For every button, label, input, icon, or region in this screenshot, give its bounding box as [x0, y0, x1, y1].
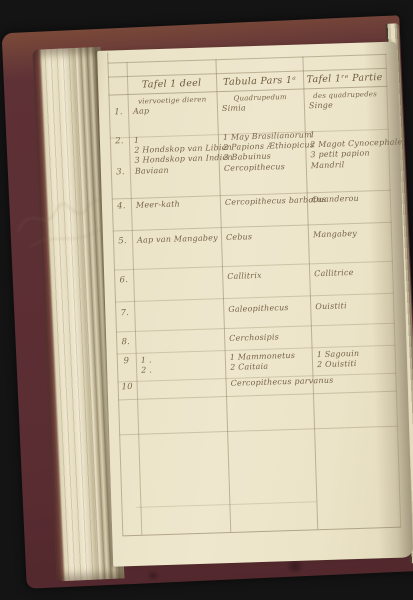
- cell-latin: Simia: [217, 101, 304, 114]
- cell-dutch: [133, 272, 222, 275]
- rule-line-vertical: [215, 59, 231, 532]
- cell-dutch: Meer-kath: [131, 198, 220, 211]
- table-row: 5.Aap van MangabeyCebusMangabey: [113, 228, 392, 247]
- rule-line-horizontal: [122, 527, 401, 537]
- cell-num: 6.: [114, 275, 133, 286]
- cell-dutch: [134, 305, 223, 308]
- cell-latin: 1 Mammonetus2 Caitaia: [225, 350, 313, 373]
- rule-line-horizontal: [118, 391, 397, 401]
- cell-french: 12 Magot Cynocephale,3 petit papion: [305, 128, 390, 161]
- entry-dutch: Aap: [128, 104, 217, 117]
- cell-french: [311, 329, 395, 332]
- entry-latin: Cebus: [221, 230, 308, 243]
- row-number: 6.: [114, 275, 133, 286]
- table-row: 4.Meer-kathCercopithecus barbatusOuander…: [112, 193, 391, 212]
- cell-num: 9: [117, 356, 136, 367]
- book: Tafel 1 deel Tabula Pars 1ᵃ Tafel 1ʳᵉ Pa…: [2, 15, 413, 588]
- entry-latin: Callitrix: [222, 269, 309, 282]
- entry-dutch: Baviaan: [130, 164, 219, 177]
- cell-num: 3.: [111, 167, 130, 178]
- cell-latin: Cercopithecus: [219, 161, 306, 174]
- entry-dutch: Aap van Mangabey: [132, 233, 221, 246]
- row-number: 10: [118, 382, 137, 393]
- entry-dutch: 2 .: [136, 363, 225, 376]
- cell-latin: Cercopithecus parvanus: [225, 376, 312, 389]
- entry-latin: 2 Caitaia: [225, 360, 312, 373]
- row-number: 3.: [111, 167, 130, 178]
- header-latin: Tabula Pars 1ᵃ: [216, 71, 303, 91]
- table-row: 8.Cerchosipis: [116, 329, 395, 348]
- cell-num: 7.: [115, 308, 134, 319]
- cell-latin: Cercopithecus barbatus: [220, 195, 307, 208]
- cell-dutch: Aap van Mangabey: [132, 233, 221, 246]
- entry-latin: Cerchosipis: [224, 331, 311, 344]
- entry-latin: Cercopithecus: [219, 161, 306, 174]
- rule-line-vertical: [302, 56, 318, 529]
- table-row: 6.CallitrixCallitrice: [114, 267, 393, 286]
- row-number: 9: [117, 356, 136, 367]
- cell-num: 5.: [113, 236, 132, 247]
- rule-line-vertical: [107, 53, 123, 536]
- row-number: 4.: [112, 201, 131, 212]
- row-number: 5.: [113, 236, 132, 247]
- entry-latin: Cercopithecus parvanus: [225, 376, 312, 389]
- cell-dutch: Baviaan: [130, 164, 219, 177]
- rule-line-vertical: [126, 62, 142, 535]
- cell-dutch: 12 Hondskop van Libien3 Hondskop van Ind…: [129, 133, 219, 166]
- cell-num: 10: [118, 382, 137, 393]
- cell-latin: Cebus: [221, 230, 308, 243]
- cell-latin: Cerchosipis: [224, 331, 311, 344]
- row-number: 8.: [116, 337, 135, 348]
- cell-latin: 1 May Brasilianorum2 Papions Æthiopicus3…: [218, 130, 306, 163]
- entry-dutch: Meer-kath: [131, 198, 220, 211]
- manuscript-page: Tafel 1 deel Tabula Pars 1ᵃ Tafel 1ʳᵉ Pa…: [97, 42, 413, 567]
- cell-latin: Galeopithecus: [223, 302, 310, 315]
- row-number: 7.: [115, 308, 134, 319]
- cell-latin: Callitrix: [222, 269, 309, 282]
- header-french: Tafel 1ʳᵉ Partie: [303, 69, 386, 89]
- rule-line-horizontal: [136, 501, 316, 508]
- cell-french: 1 Sagouin2 Ouistiti: [312, 348, 397, 371]
- table-row: 7.GaleopithecusOuistiti: [115, 300, 394, 319]
- cell-dutch: [135, 334, 224, 337]
- cell-num: 8.: [116, 337, 135, 348]
- entry-latin: Cercopithecus barbatus: [220, 195, 307, 208]
- cell-dutch: Aap: [128, 104, 217, 117]
- header-dutch: Tafel 1 deel: [127, 74, 216, 94]
- row-number: 2.: [110, 136, 129, 147]
- cell-num: 1.: [109, 107, 128, 118]
- cell-num: 4.: [112, 201, 131, 212]
- rule-line-horizontal: [119, 426, 398, 436]
- entry-latin: Simia: [217, 101, 304, 114]
- cell-num: 2.: [110, 136, 129, 147]
- row-number: 1.: [109, 107, 128, 118]
- entry-latin: Galeopithecus: [223, 302, 310, 315]
- rule-line-horizontal: [107, 54, 386, 64]
- cell-dutch: 1 .2 .: [136, 353, 226, 376]
